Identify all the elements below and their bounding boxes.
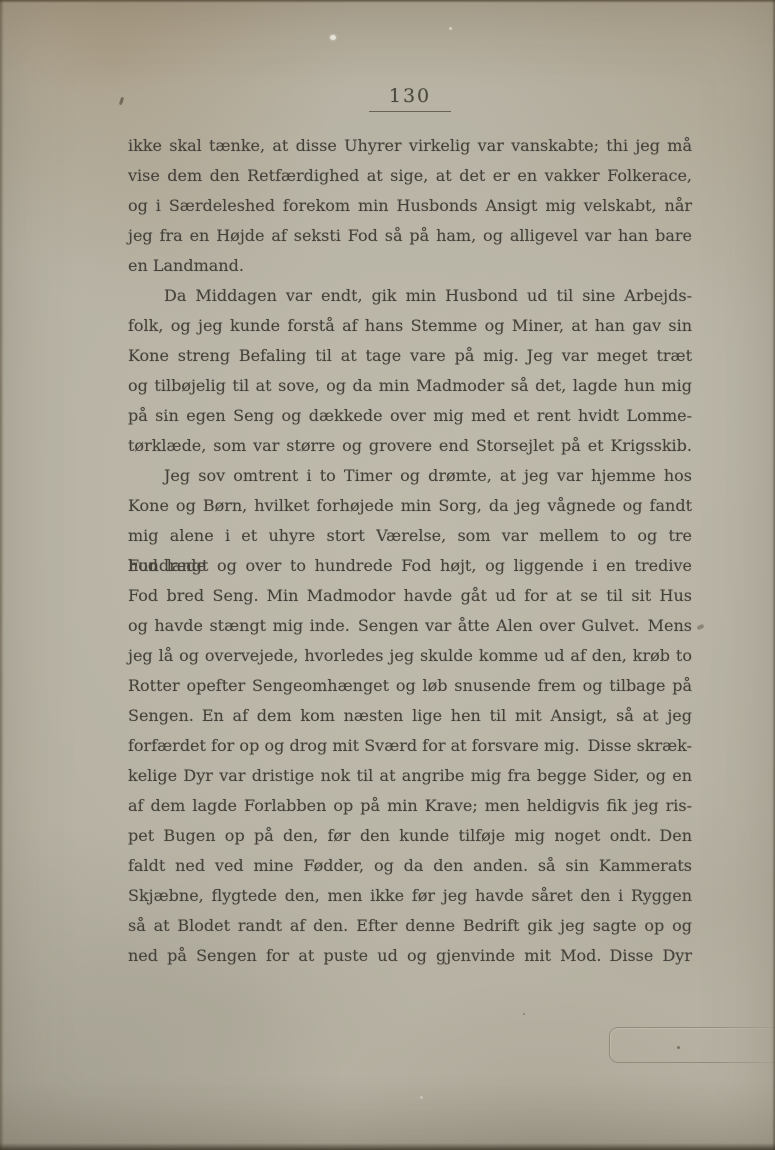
text-line: vise dem den Retfærdighed at sige, at de…: [128, 161, 692, 191]
text-line: en Landmand.: [128, 251, 692, 281]
text-line: så at Blodet randt af den. Efter denne B…: [128, 911, 692, 941]
scan-edge-top: [0, 0, 775, 3]
page-header: 130: [128, 85, 692, 112]
scan-edge-left: [0, 0, 4, 1150]
text-line: folk, og jeg kunde forstå af hans Stemme…: [128, 311, 692, 341]
scan-edge-bottom: [0, 1143, 775, 1150]
embossed-label-outline: [609, 1027, 775, 1063]
text-line: Kone streng Befaling til at tage vare på…: [128, 341, 692, 371]
text-line: faldt ned ved mine Fødder, og da den and…: [128, 851, 692, 881]
text-line: kelige Dyr var dristige nok til at angri…: [128, 761, 692, 791]
text-line: Jeg sov omtrent i to Timer og drømte, at…: [128, 461, 692, 491]
text-line: Fod langt og over to hundrede Fod højt, …: [128, 551, 692, 581]
text-line: forfærdet for op og drog mit Sværd for a…: [128, 731, 692, 761]
text-line: Sengen. En af dem kom næsten lige hen ti…: [128, 701, 692, 731]
text-line: på sin egen Seng og dækkede over mig med…: [128, 401, 692, 431]
text-line: jeg fra en Højde af seksti Fod så på ham…: [128, 221, 692, 251]
text-block: ikke skal tænke, at disse Uhyrer virkeli…: [128, 131, 692, 971]
text-line: og havde stængt mig inde. Sengen var ått…: [128, 611, 692, 641]
text-line: pet Bugen op på den, før den kunde tilfø…: [128, 821, 692, 851]
text-line: og tilbøjelig til at sove, og da min Mad…: [128, 371, 692, 401]
text-line: Kone og Børn, hvilket forhøjede min Sorg…: [128, 491, 692, 521]
text-line: mig alene i et uhyre stort Værelse, som …: [128, 521, 692, 551]
dust-speck: [677, 1046, 680, 1049]
text-line: tørklæde, som var større og grovere end …: [128, 431, 692, 461]
text-line: ikke skal tænke, at disse Uhyrer virkeli…: [128, 131, 692, 161]
text-line: og i Særdeleshed forekom min Husbonds An…: [128, 191, 692, 221]
text-line: af dem lagde Forlabben op på min Krave; …: [128, 791, 692, 821]
text-line: ned på Sengen for at puste ud og gjenvin…: [128, 941, 692, 971]
dust-speck: [166, 413, 168, 415]
dust-speck: [420, 1096, 423, 1099]
page-number: 130: [369, 85, 451, 112]
text-line: Fod bred Seng. Min Madmodor havde gåt ud…: [128, 581, 692, 611]
text-line: Da Middagen var endt, gik min Husbond ud…: [128, 281, 692, 311]
dust-speck: [523, 1013, 525, 1015]
text-line: Rotter opefter Sengeomhænget og løb snus…: [128, 671, 692, 701]
text-line: jeg lå og overvejede, hvorledes jeg skul…: [128, 641, 692, 671]
text-line: Skjæbne, flygtede den, men ikke før jeg …: [128, 881, 692, 911]
dust-speck: [330, 35, 336, 40]
dust-speck: [449, 27, 452, 30]
